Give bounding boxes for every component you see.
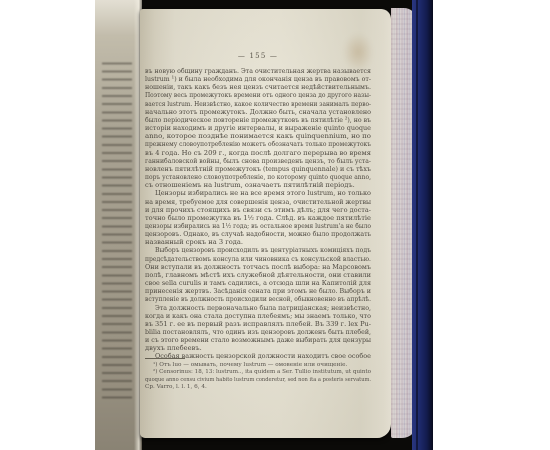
text-line: точно было промежутка въ 1½ года. Слѣд. …: [145, 214, 371, 222]
text-line: цензоровъ. Однако, въ случаѣ надобности,…: [145, 230, 371, 238]
facing-page-edge: [95, 0, 142, 450]
footnote-line: ²) Censorinus: 18, 13: lustrum.., ita qu…: [153, 369, 371, 376]
text-line: свое sella curulis и тамъ садились, а от…: [145, 279, 371, 287]
text-line: въ 351 г. ее въ первый разъ исправлялъ п…: [145, 320, 371, 328]
text-line: двухъ плебеевъ.: [145, 344, 202, 352]
text-line: когда и какъ она стала доступна плебеямъ…: [145, 312, 371, 320]
text-line: Поэтому весь промежутокъ времени отъ одн…: [145, 91, 371, 99]
text-line: въ новую общину гражданъ. Эта очиститель…: [145, 67, 371, 75]
text-line: вается lustrum. Неизвѣстно, какое количе…: [145, 100, 371, 108]
text-line: поръ установлено словоупотребленіе, по к…: [145, 173, 371, 181]
text-line: ганнибаловской войны, былъ снова произве…: [145, 157, 371, 165]
text-line: вступленіе въ должность происходили весн…: [145, 295, 371, 303]
cover-streak: [416, 0, 418, 450]
text-line: съ отношеніемъ на lustrum, означаетъ пят…: [145, 181, 355, 189]
footnote-block: ¹) Отъ luo — омывать, почему lustrum — о…: [145, 362, 371, 391]
text-line: цензоры избирались на 1½ года; въ осталь…: [145, 222, 371, 230]
book-page: — 155 — въ новую общину гражданъ. Эта оч…: [140, 9, 391, 438]
text-line: lustrum ¹) и была необходима для окончан…: [145, 75, 371, 83]
text-line: Выборъ цензоровъ происходилъ въ центуріа…: [155, 246, 371, 254]
text-line: Цензоры избирались не на все время этого…: [155, 189, 371, 197]
paragraph: Цензоры избирались не на все время этого…: [145, 189, 371, 246]
text-line: Они вступали въ должность тотчасъ послѣ …: [145, 263, 371, 271]
footnote-line: ¹) Отъ luo — омывать, почему lustrum — о…: [153, 362, 347, 369]
footnote-line: quoque anno censu civium habito lustrum …: [145, 377, 371, 384]
text-line: на время, требуемое для совершенія ценза…: [145, 198, 371, 206]
text-line: и съ этого времени стало возможнымъ даже…: [145, 336, 371, 344]
text-line: полѣ, главномъ мѣстѣ ихъ служебной дѣяте…: [145, 271, 371, 279]
book-photo: — 155 — въ новую общину гражданъ. Эта оч…: [95, 0, 433, 450]
paragraph: Особая важность цензорской должности нах…: [145, 352, 371, 360]
text-block: въ новую общину гражданъ. Эта очиститель…: [145, 67, 371, 361]
text-line: новленъ пятилѣтній промежутокъ (tempus q…: [145, 165, 371, 173]
text-line: начально этотъ промежутокъ. Должно быть,…: [145, 108, 371, 116]
text-line: Особая важность цензорской должности нах…: [155, 352, 371, 360]
paragraph: Эта должность первоначально была патриці…: [145, 304, 371, 353]
text-line: прежнему словоупотребленію можетъ обозна…: [145, 140, 371, 148]
paragraph: въ новую общину гражданъ. Эта очиститель…: [145, 67, 371, 189]
text-line: названный срокъ на 3 года.: [145, 238, 243, 246]
text-line: и для прочихъ стоящихъ въ связи съ этимъ…: [145, 206, 371, 214]
text-line: предсѣдательствомъ консула или чиновника…: [145, 255, 371, 263]
text-line: въ 4 года. Но съ 209 г., когда послѣ дол…: [145, 149, 371, 157]
text-line: исторіи находимъ и другіе интервалы, и в…: [145, 124, 371, 132]
text-line: Эта должность первоначально была патриці…: [155, 304, 371, 312]
text-line: anno, которое позднѣе понимается какъ qu…: [145, 132, 371, 140]
paragraph: Выборъ цензоровъ происходилъ въ центуріа…: [145, 246, 371, 303]
text-line: ношеніи, такъ какъ безъ нея цензъ считае…: [145, 83, 371, 91]
text-line: blilia постановлялъ, что одинъ изъ цензо…: [145, 328, 371, 336]
page-number: — 155 —: [145, 52, 371, 60]
facing-page-text-blur: [102, 60, 132, 400]
text-line: принесенія жертвъ. Засѣданія сената при …: [145, 287, 371, 295]
text-line: было періодическое повтореніе промежутко…: [145, 116, 371, 124]
footnote-line: Ср. Varro, l. l. 1, 6, 4.: [145, 384, 207, 391]
footnote-rule: [145, 358, 185, 359]
book-cover-spine: [412, 0, 433, 450]
